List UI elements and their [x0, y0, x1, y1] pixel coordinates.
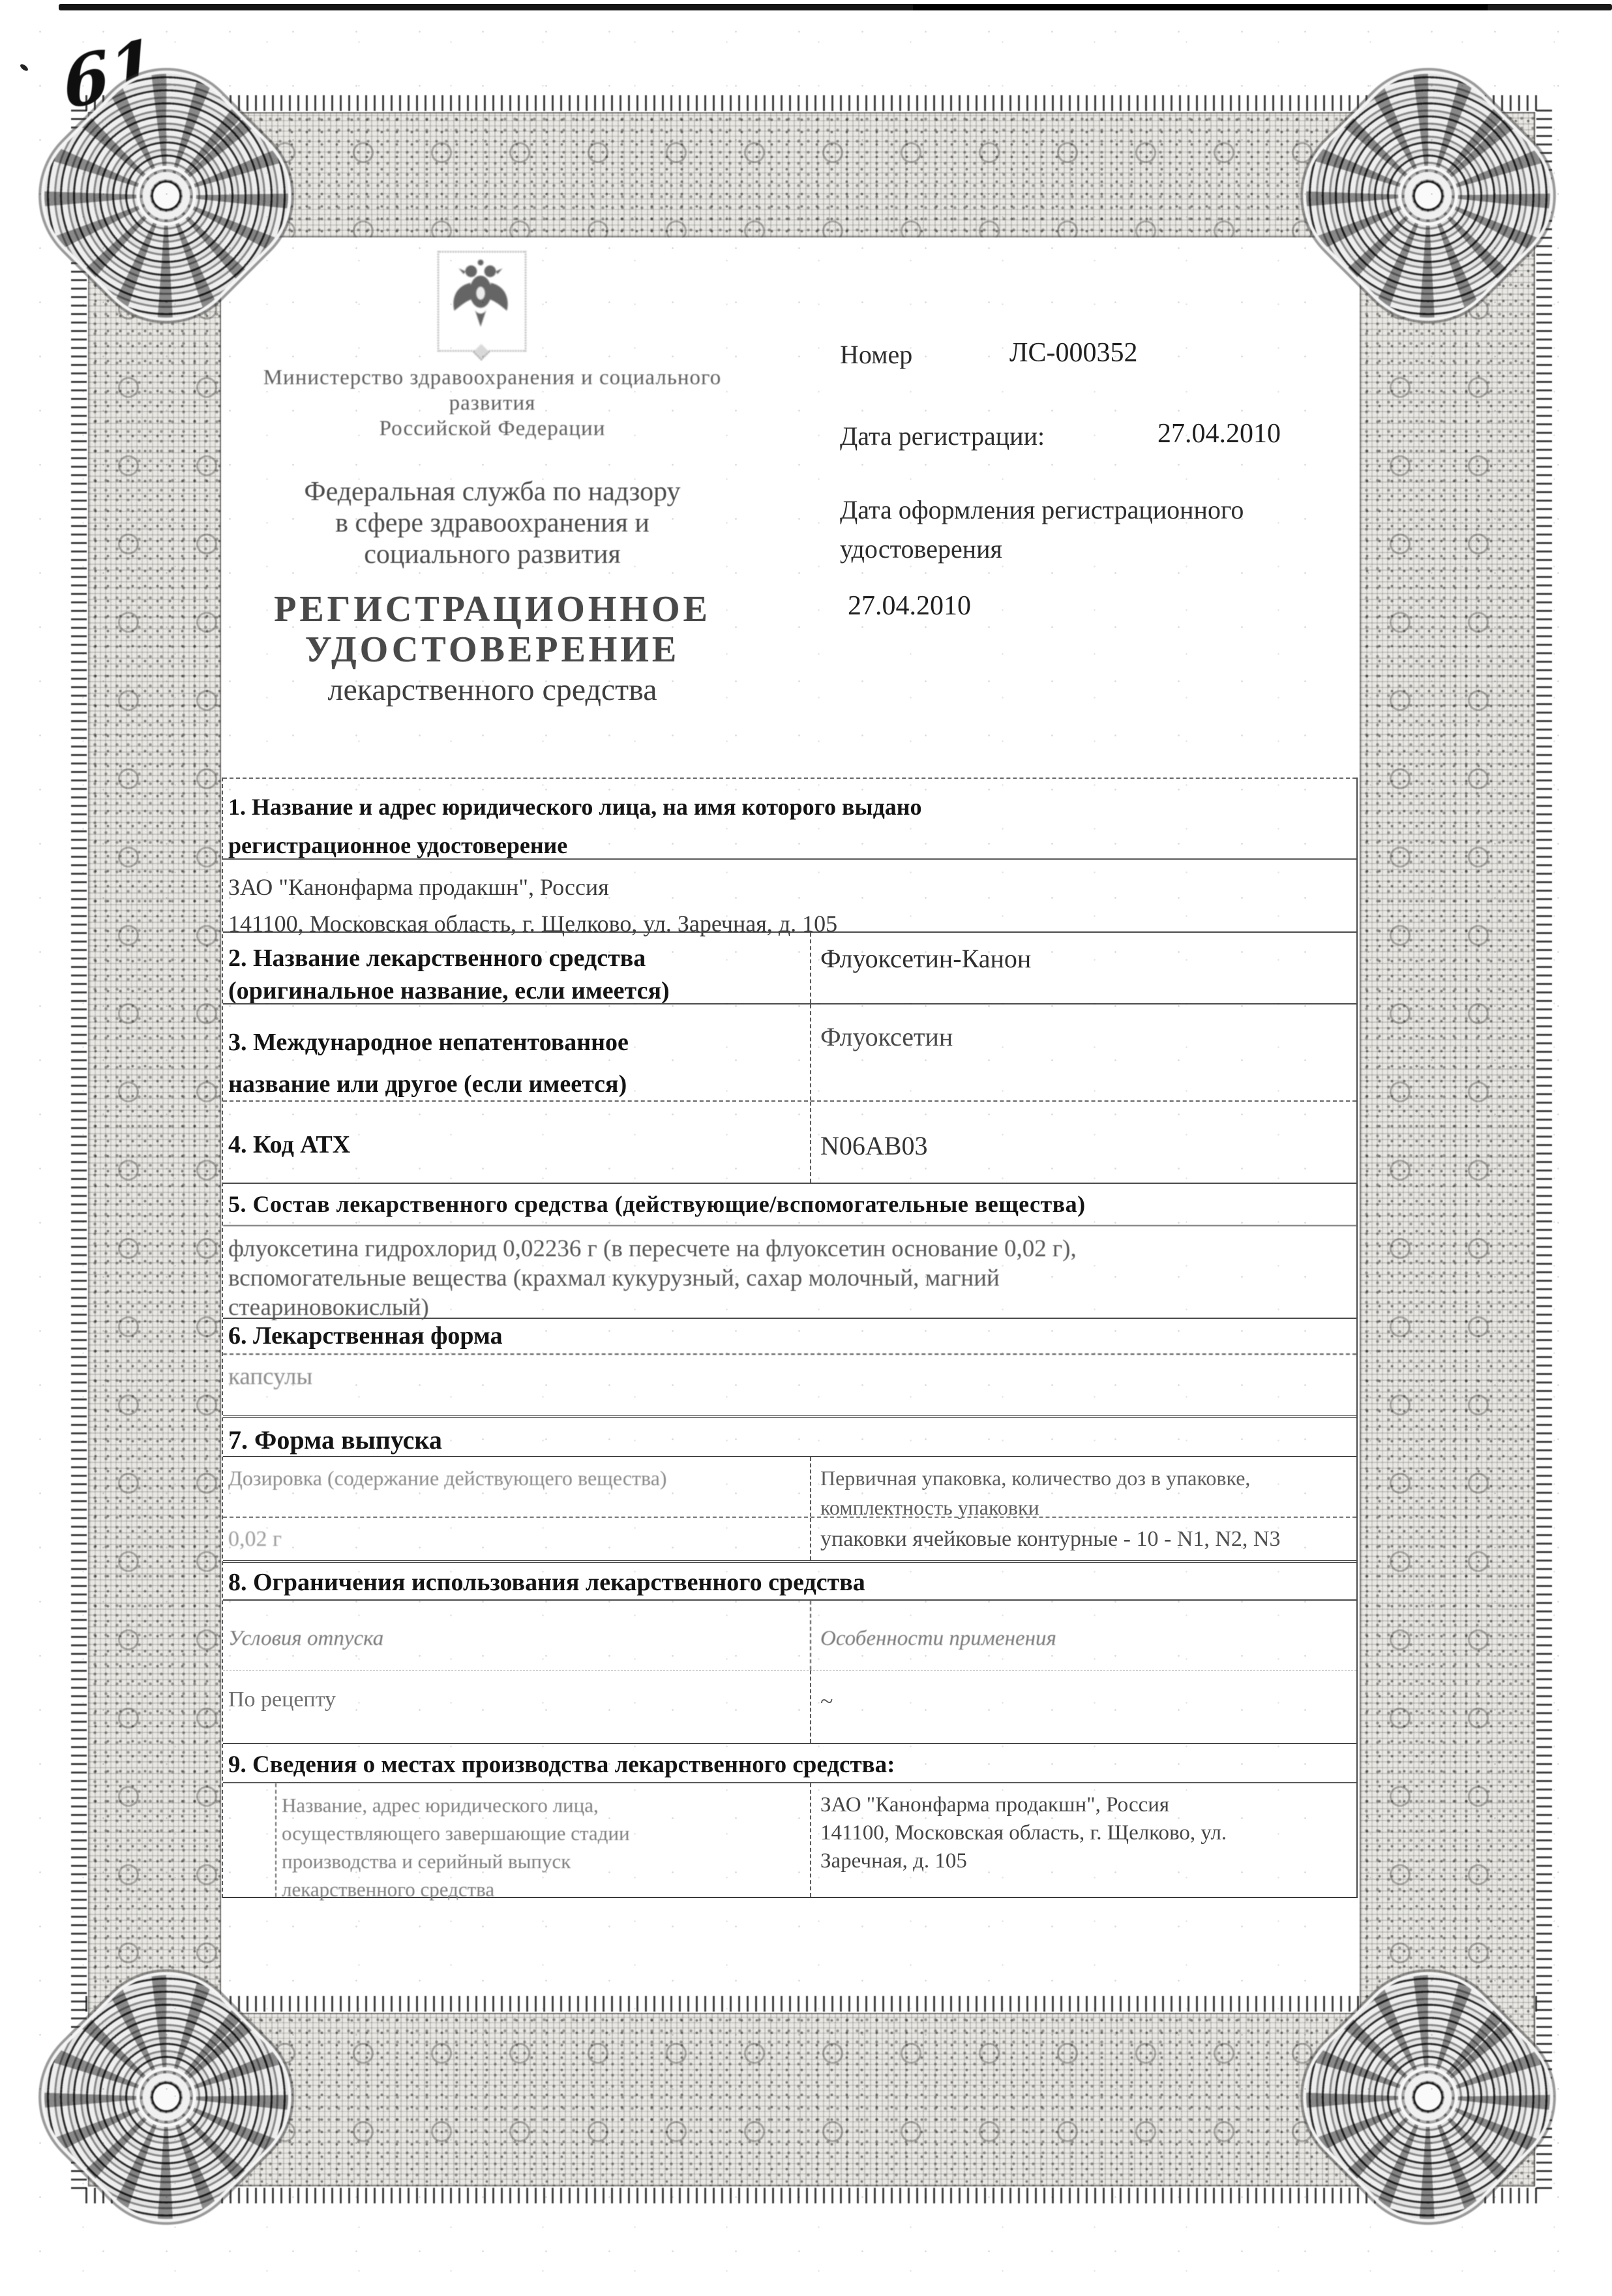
- issue-date-label: Дата оформления регистрационного удостов…: [840, 491, 1368, 569]
- service-name: Федеральная служба по надзору в сфере зд…: [222, 476, 763, 570]
- reg-date-value: 27.04.2010: [1157, 418, 1281, 449]
- doc-title-subline: лекарственного средства: [222, 670, 763, 710]
- dispensing-conditions-value: По рецепту: [223, 1670, 810, 1743]
- row3-value: Флуоксетин: [810, 1004, 1356, 1100]
- ministry-line: развития: [222, 391, 763, 416]
- dosage-form: капсулы: [228, 1363, 1356, 1391]
- certificate-content: Министерство здравоохранения и социально…: [0, 0, 1612, 2296]
- row6-header: 6. Лекарственная форма: [223, 1318, 1356, 1353]
- doc-title: РЕГИСТРАЦИОННОЕ УДОСТОВЕРЕНИЕ лекарствен…: [222, 589, 763, 710]
- row6-value: капсулы: [223, 1353, 1356, 1415]
- row7-col2-label: Первичная упаковка, количество доз в упа…: [810, 1457, 1356, 1517]
- reg-date-label: Дата регистрации:: [840, 421, 1045, 451]
- row8-col2-label: Особенности применения: [810, 1601, 1356, 1670]
- row7-col1-label: Дозировка (содержание действующего вещес…: [223, 1457, 810, 1517]
- service-line: Федеральная служба по надзору: [222, 476, 763, 507]
- row5-header: 5. Состав лекарственного средства (дейст…: [223, 1183, 1356, 1225]
- row8-col1-label: Условия отпуска: [223, 1601, 810, 1670]
- service-line: в сфере здравоохранения и: [222, 507, 763, 539]
- doc-title-line: РЕГИСТРАЦИОННОЕ: [222, 589, 763, 629]
- ministry-name: Министерство здравоохранения и социально…: [222, 365, 763, 442]
- row2-value: Флуоксетин-Канон: [810, 933, 1356, 1003]
- row4-value: N06AB03: [810, 1102, 1356, 1183]
- ministry-line: Российской Федерации: [222, 416, 763, 442]
- service-line: социального развития: [222, 539, 763, 570]
- row1-header: 1. Название и адрес юридического лица, н…: [223, 778, 1356, 858]
- row3: 3. Международное непатентованное названи…: [223, 1003, 1356, 1100]
- number-value: ЛС-000352: [1009, 337, 1138, 369]
- ministry-line: Министерство здравоохранения и социально…: [222, 365, 763, 391]
- number-label: Номер: [840, 339, 912, 370]
- row7-subheaders: Дозировка (содержание действующего вещес…: [223, 1456, 1356, 1517]
- row9-indent: [223, 1783, 275, 1897]
- coat-of-arms-icon: [438, 251, 526, 352]
- issue-date-label-line: удостоверения: [840, 530, 1368, 569]
- atc-code: N06AB03: [820, 1130, 1356, 1161]
- row2: 2. Название лекарственного средства (ори…: [223, 931, 1356, 1003]
- row4-label: 4. Код АТХ: [223, 1102, 810, 1183]
- row9-header: 9. Сведения о местах производства лекарс…: [223, 1743, 1356, 1782]
- row1-header-line: 1. Название и адрес юридического лица, н…: [228, 788, 1356, 826]
- manufacturer-value: ЗАО "Канонфарма продакшн", Россия 141100…: [810, 1783, 1356, 1897]
- packaging-value: упаковки ячейковые контурные - 10 - N1, …: [810, 1518, 1356, 1560]
- registration-table: 1. Название и адрес юридического лица, н…: [222, 778, 1358, 1898]
- row8-subheaders: Условия отпуска Особенности применения: [223, 1599, 1356, 1670]
- composition-line: вспомогательные вещества (крахмал кукуру…: [228, 1263, 1356, 1293]
- row5-value: флуоксетина гидрохлорид 0,02236 г (в пер…: [223, 1225, 1356, 1318]
- holder-name: ЗАО "Канонфарма продакшн", Россия: [228, 869, 1356, 905]
- row1-value: ЗАО "Канонфарма продакшн", Россия 141100…: [223, 858, 1356, 931]
- drug-trade-name: Флуоксетин-Канон: [820, 943, 1356, 974]
- dosage-value: 0,02 г: [223, 1518, 810, 1560]
- doc-title-line: УДОСТОВЕРЕНИЕ: [222, 629, 763, 670]
- row3-label: 3. Международное непатентованное названи…: [223, 1004, 810, 1100]
- row8-values: По рецепту ~: [223, 1670, 1356, 1743]
- row7-header: 7. Форма выпуска: [223, 1415, 1356, 1456]
- row9-content: Название, адрес юридического лица, осуще…: [223, 1782, 1356, 1897]
- row4: 4. Код АТХ N06AB03: [223, 1100, 1356, 1183]
- row2-label: 2. Название лекарственного средства (ори…: [223, 933, 810, 1003]
- scanned-certificate-page: 61 Министерство здр: [0, 0, 1612, 2296]
- row7-values: 0,02 г упаковки ячейковые контурные - 10…: [223, 1517, 1356, 1560]
- composition-line: флуоксетина гидрохлорид 0,02236 г (в пер…: [228, 1234, 1356, 1263]
- issue-date-value: 27.04.2010: [848, 590, 971, 622]
- row9-label: Название, адрес юридического лица, осуще…: [275, 1783, 810, 1897]
- row8-header: 8. Ограничения использования лекарственн…: [223, 1560, 1356, 1599]
- issue-date-label-line: Дата оформления регистрационного: [840, 491, 1368, 530]
- drug-inn-name: Флуоксетин: [820, 1021, 1356, 1052]
- application-features-value: ~: [810, 1670, 1356, 1743]
